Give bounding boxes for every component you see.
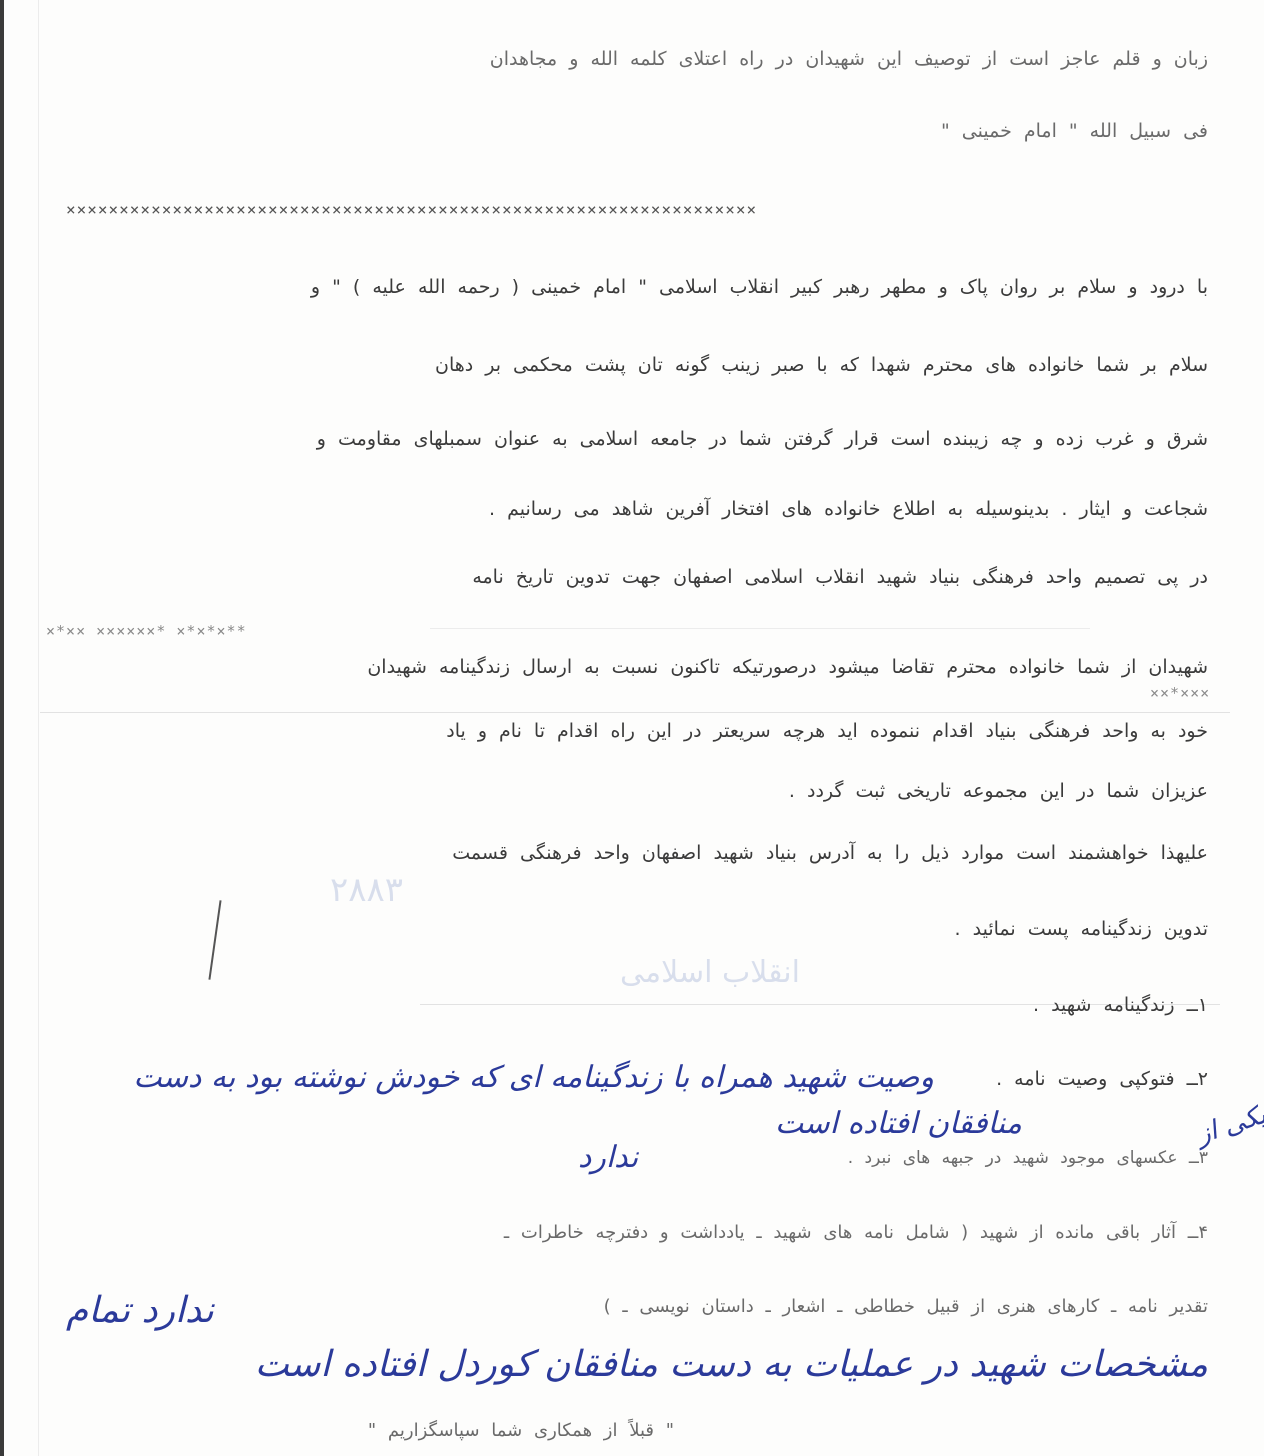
- handwritten-note-item3: ندارد: [578, 1140, 638, 1175]
- body-line-8: عزیزان شما در این مجموعه تاریخی ثبت گردد…: [789, 780, 1208, 802]
- fold-line: [40, 712, 1230, 713]
- stars-left: ×*×× ××××××* ×*×*×**: [46, 622, 247, 640]
- closing-line: " قبلاً از همکاری شما سپاسگزاریم ": [368, 1420, 674, 1441]
- body-line-6: شهیدان از شما خانواده محترم تقاضا میشود …: [367, 656, 1208, 678]
- page-margin-line: [38, 0, 39, 1456]
- ghost-stamp-number: ۲۸۸۳: [330, 870, 403, 910]
- body-line-4: شجاعت و ایثار . بدینوسیله به اطلاع خانوا…: [489, 498, 1208, 520]
- handwritten-note-item2-line2: منافقان افتاده است: [775, 1106, 1022, 1141]
- body-line-10: تدوین زندگینامه پست نمائید .: [955, 918, 1208, 940]
- handwritten-note-item5-b: مشخصات شهید در عملیات به دست منافقان کور…: [255, 1344, 1208, 1385]
- body-line-3: شرق و غرب زده و چه زیبنده است قرار گرفتن…: [317, 428, 1208, 450]
- body-line-2: سلام بر شما خانواده های محترم شهدا که با…: [435, 354, 1208, 376]
- handwritten-note-item5-a: ندارد تمام: [66, 1290, 214, 1331]
- handwritten-note-margin: یکی از: [1193, 1100, 1264, 1151]
- body-line-9: علیهذا خواهشمند است موارد ذیل را به آدرس…: [452, 842, 1208, 864]
- faint-rule: [430, 628, 1090, 629]
- body-line-7: خود به واحد فرهنگی بنیاد اقدام ننموده ای…: [446, 720, 1208, 742]
- separator-line: ××××××××××××××××××××××××××××××××××××××××…: [66, 200, 1206, 219]
- ghost-stamp-text: انقلاب اسلامی: [620, 955, 800, 990]
- stars-right: ××*×××: [1150, 684, 1210, 702]
- header-quote-line1: زبان و قلم عاجز است از توصیف این شهیدان …: [490, 48, 1208, 70]
- list-item-2: ۲ــ فتوکپی وصیت نامه .: [996, 1068, 1208, 1090]
- body-line-5: در پی تصمیم واحد فرهنگی بنیاد شهید انقلا…: [472, 566, 1208, 588]
- scan-edge-shadow: [0, 0, 4, 1456]
- list-item-3: ۳ــ عکسهای موجود شهید در جبهه های نبرد .: [848, 1148, 1208, 1168]
- header-quote-line2: فی سبیل الله " امام خمینی ": [941, 120, 1208, 142]
- handwritten-note-item2-line1: وصیت شهید همراه با زندگینامه ای که خودش …: [133, 1060, 934, 1095]
- list-item-4: ۴ــ آثار باقی مانده از شهید ( شامل نامه …: [504, 1222, 1208, 1243]
- pen-stroke: [208, 900, 221, 979]
- list-item-5: تقدیر نامه ـ کارهای هنری از قبیل خطاطی ـ…: [604, 1296, 1208, 1317]
- list-item-1: ۱ــ زندگینامه شهید .: [1033, 994, 1208, 1016]
- body-line-1: با درود و سلام بر روان پاک و مطهر رهبر ک…: [311, 276, 1208, 298]
